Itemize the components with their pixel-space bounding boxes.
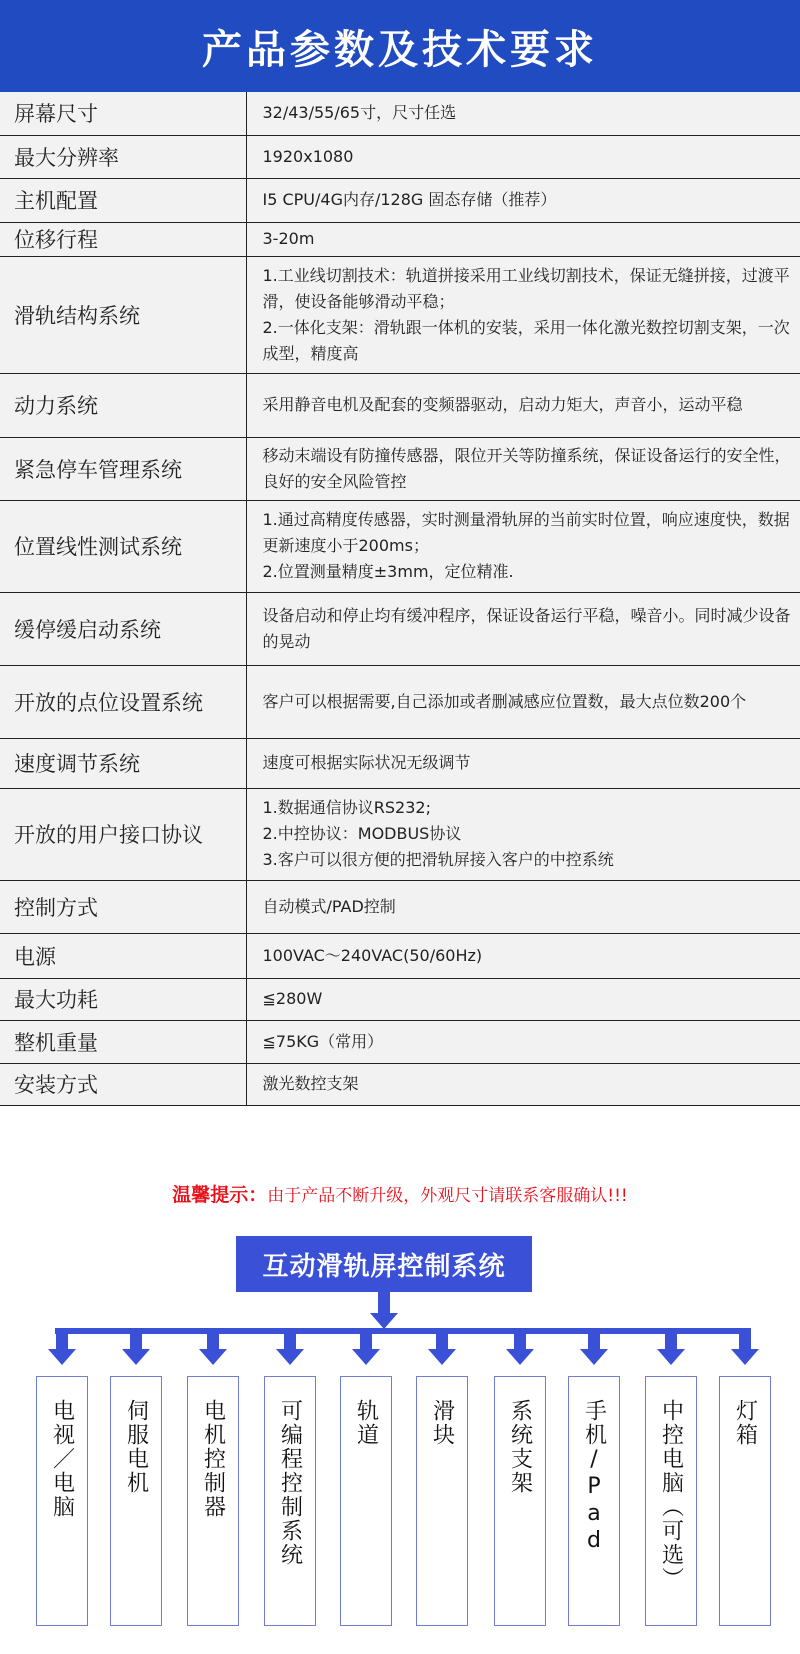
spec-key: 动力系统 [0,373,246,437]
spec-key: 开放的点位设置系统 [0,665,246,738]
spec-row: 速度调节系统速度可根据实际状况无级调节 [0,738,800,788]
spec-table: 屏幕尺寸32/43/55/65寸，尺寸任选最大分辨率1920x1080主机配置I… [0,92,800,1106]
branch-arrow-stem [436,1328,448,1350]
root-arrow-icon [370,1313,398,1329]
spec-row: 开放的点位设置系统客户可以根据需要,自己添加或者删减感应位置数，最大点位数200… [0,665,800,738]
down-arrow-icon [122,1349,150,1365]
spec-row: 位置线性测试系统1.通过高精度传感器，实时测量滑轨屏的当前实时位置，响应速度快，… [0,500,800,592]
spec-row: 控制方式自动模式/PAD控制 [0,880,800,933]
spec-value: 3-20m [246,222,800,256]
spec-row: 滑轨结构系统1.工业线切割技术：轨道拼接采用工业线切割技术，保证无缝拼接，过渡平… [0,256,800,373]
diagram-node: 轨道 [340,1376,392,1626]
spec-value: 客户可以根据需要,自己添加或者删减感应位置数，最大点位数200个 [246,665,800,738]
spec-value: 100VAC～240VAC(50/60Hz) [246,933,800,978]
spec-value: 32/43/55/65寸，尺寸任选 [246,92,800,135]
spec-key: 最大功耗 [0,978,246,1020]
down-arrow-icon [352,1349,380,1365]
spec-key: 缓停缓启动系统 [0,592,246,665]
spec-value: 1920x1080 [246,135,800,178]
spec-row: 动力系统采用静音电机及配套的变频器驱动，启动力矩大，声音小，运动平稳 [0,373,800,437]
spec-value: 自动模式/PAD控制 [246,880,800,933]
diagram-node: 手机/Pad [568,1376,620,1626]
spec-key: 整机重量 [0,1020,246,1063]
down-arrow-icon [276,1349,304,1365]
spec-value: 速度可根据实际状况无级调节 [246,738,800,788]
spec-row: 缓停缓启动系统设备启动和停止均有缓冲程序，保证设备运行平稳，噪音小。同时减少设备… [0,592,800,665]
down-arrow-icon [506,1349,534,1365]
spec-key: 电源 [0,933,246,978]
branch-arrow-stem [360,1328,372,1350]
diagram-node-label: 电机控制器 [198,1399,229,1625]
diagram-node: 灯箱 [719,1376,771,1626]
diagram-node-label: 电视／电脑 [47,1399,78,1625]
spec-value: 采用静音电机及配套的变频器驱动，启动力矩大，声音小，运动平稳 [246,373,800,437]
spec-value: 1.通过高精度传感器，实时测量滑轨屏的当前实时位置，响应速度快，数据更新速度小于… [246,500,800,592]
down-arrow-icon [731,1349,759,1365]
spec-row: 最大分辨率1920x1080 [0,135,800,178]
notice: 温馨提示：由于产品不断升级，外观尺寸请联系客服确认!!! [0,1180,800,1207]
branch-arrow-stem [665,1328,677,1350]
branch-arrow-stem [207,1328,219,1350]
spec-row: 位移行程3-20m [0,222,800,256]
branch-arrow-stem [56,1328,68,1350]
spec-key: 速度调节系统 [0,738,246,788]
spec-key: 位置线性测试系统 [0,500,246,592]
diagram-node-label: 滑块 [427,1399,458,1625]
spec-row: 安装方式激光数控支架 [0,1063,800,1105]
down-arrow-icon [48,1349,76,1365]
page-title: 产品参数及技术要求 [202,18,598,75]
spec-value: ≦75KG（常用） [246,1020,800,1063]
notice-label: 温馨提示： [172,1184,267,1206]
spec-key: 最大分辨率 [0,135,246,178]
diagram-node: 电视／电脑 [36,1376,88,1626]
branch-arrow-stem [588,1328,600,1350]
diagram-node-label: 手机/Pad [579,1399,610,1625]
branch-arrow-stem [739,1328,751,1350]
page-header: 产品参数及技术要求 [0,0,800,92]
spec-key: 控制方式 [0,880,246,933]
diagram-node-label: 伺服电机 [121,1399,152,1625]
down-arrow-icon [580,1349,608,1365]
diagram-node: 可编程控制系统 [264,1376,316,1626]
spec-value: 激光数控支架 [246,1063,800,1105]
spec-row: 电源100VAC～240VAC(50/60Hz) [0,933,800,978]
spec-row: 最大功耗≦280W [0,978,800,1020]
branch-bar [55,1328,749,1334]
spec-value: 移动末端设有防撞传感器，限位开关等防撞系统，保证设备运行的安全性，良好的安全风险… [246,437,800,500]
diagram-node: 电机控制器 [187,1376,239,1626]
branch-arrow-stem [130,1328,142,1350]
spec-value: I5 CPU/4G内存/128G 固态存储（推荐） [246,178,800,222]
diagram-node-label: 可编程控制系统 [275,1399,306,1625]
spec-key: 安装方式 [0,1063,246,1105]
diagram-root: 互动滑轨屏控制系统 [236,1236,532,1292]
spec-value: ≦280W [246,978,800,1020]
spec-row: 主机配置I5 CPU/4G内存/128G 固态存储（推荐） [0,178,800,222]
diagram-node: 系统支架 [494,1376,546,1626]
spec-row: 屏幕尺寸32/43/55/65寸，尺寸任选 [0,92,800,135]
spec-value: 设备启动和停止均有缓冲程序，保证设备运行平稳，噪音小。同时减少设备的晃动 [246,592,800,665]
spec-row: 整机重量≦75KG（常用） [0,1020,800,1063]
spec-key: 滑轨结构系统 [0,256,246,373]
branch-arrow-stem [514,1328,526,1350]
down-arrow-icon [199,1349,227,1365]
spec-key: 开放的用户接口协议 [0,788,246,880]
diagram-node-label: 轨道 [351,1399,382,1625]
system-diagram: 互动滑轨屏控制系统 电视／电脑伺服电机电机控制器可编程控制系统轨道滑块系统支架手… [0,1225,800,1654]
down-arrow-icon [657,1349,685,1365]
spec-row: 开放的用户接口协议1.数据通信协议RS232; 2.中控协议：MODBUS协议 … [0,788,800,880]
diagram-node: 中控电脑（可选） [645,1376,697,1626]
spec-key: 屏幕尺寸 [0,92,246,135]
diagram-node-label: 中控电脑（可选） [656,1399,687,1625]
spec-key: 主机配置 [0,178,246,222]
diagram-node-label: 系统支架 [505,1399,536,1625]
spec-value: 1.数据通信协议RS232; 2.中控协议：MODBUS协议 3.客户可以很方便… [246,788,800,880]
spec-value: 1.工业线切割技术：轨道拼接采用工业线切割技术，保证无缝拼接，过渡平滑，使设备能… [246,256,800,373]
branch-arrow-stem [284,1328,296,1350]
spec-key: 紧急停车管理系统 [0,437,246,500]
diagram-node: 伺服电机 [110,1376,162,1626]
spec-row: 紧急停车管理系统移动末端设有防撞传感器，限位开关等防撞系统，保证设备运行的安全性… [0,437,800,500]
down-arrow-icon [428,1349,456,1365]
diagram-node: 滑块 [416,1376,468,1626]
spec-key: 位移行程 [0,222,246,256]
diagram-node-label: 灯箱 [730,1399,761,1625]
notice-text: 由于产品不断升级，外观尺寸请联系客服确认!!! [267,1186,627,1206]
